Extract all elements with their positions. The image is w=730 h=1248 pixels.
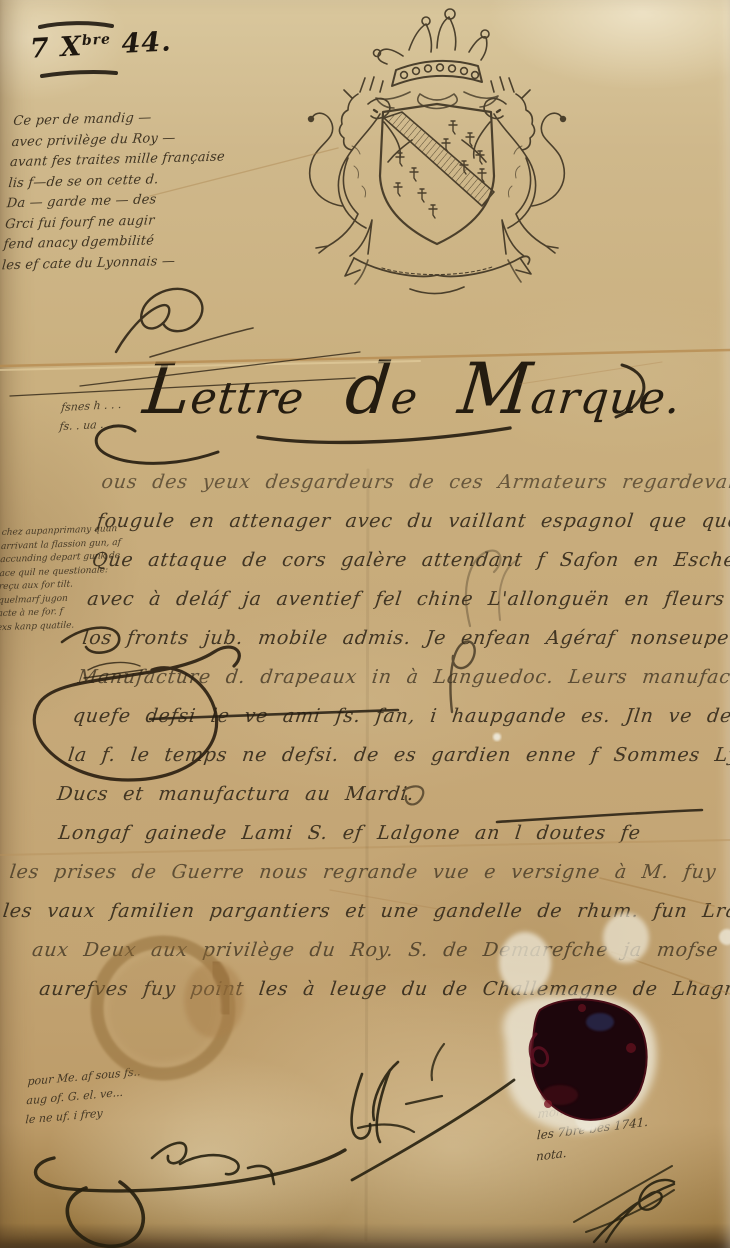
manuscript-page: 7 Xbre 44. bbox=[0, 0, 730, 1248]
signature-bottom-center bbox=[352, 1044, 514, 1180]
wax-seal bbox=[503, 994, 656, 1132]
paraph-initials bbox=[10, 289, 360, 396]
scratch-lines bbox=[150, 148, 730, 994]
title-flourishes bbox=[96, 365, 644, 463]
body-underlines bbox=[150, 710, 702, 822]
cup-ring-stain bbox=[97, 942, 244, 1074]
body-flourishes bbox=[404, 551, 518, 805]
corner-date-rules bbox=[40, 23, 116, 76]
signature-bottom-left bbox=[36, 1143, 346, 1246]
ink-overlay bbox=[0, 0, 730, 1248]
signature-bottom-right bbox=[574, 1166, 674, 1242]
margin-paraph bbox=[34, 628, 239, 780]
wax-glint bbox=[586, 1013, 614, 1031]
